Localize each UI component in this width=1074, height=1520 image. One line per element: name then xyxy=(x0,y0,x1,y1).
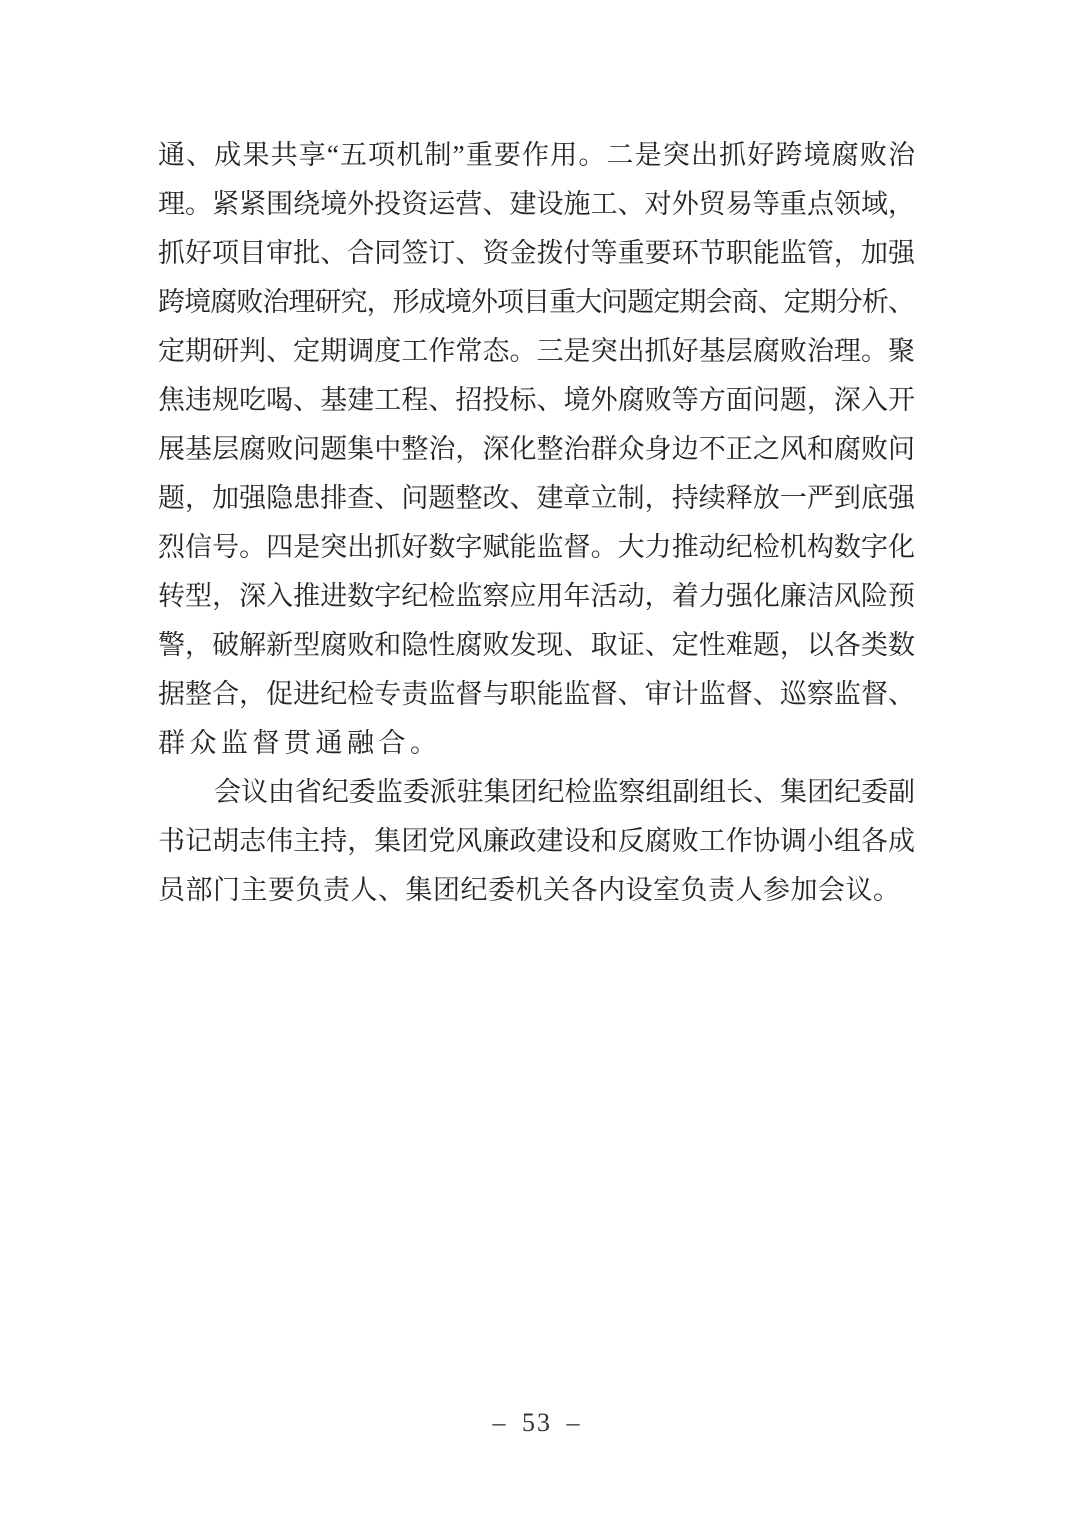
paragraph-1-line-12: 据整合，促进纪检专责监督与职能监督、审计监督、巡察监督、 xyxy=(158,670,914,719)
paragraph-1-line-3: 抓好项目审批、合同签订、资金拨付等重要环节职能监管，加强 xyxy=(158,229,914,278)
paragraph-1-line-7: 展基层腐败问题集中整治，深化整治群众身边不正之风和腐败问 xyxy=(158,425,914,474)
paragraph-1-line-2: 理。紧紧围绕境外投资运营、建设施工、对外贸易等重点领域， xyxy=(158,180,914,229)
page-number: – 53 – xyxy=(0,1408,1074,1438)
paragraph-1-line-11: 警，破解新型腐败和隐性腐败发现、取证、定性难题，以各类数 xyxy=(158,621,914,670)
body-text: 通、成果共享“五项机制”重要作用。二是突出抓好跨境腐败治 理。紧紧围绕境外投资运… xyxy=(158,131,914,915)
paragraph-1-line-8: 题，加强隐患排查、问题整改、建章立制，持续释放一严到底强 xyxy=(158,474,914,523)
paragraph-1-line-9: 烈信号。四是突出抓好数字赋能监督。大力推动纪检机构数字化 xyxy=(158,523,914,572)
paragraph-2-line-3: 员部门主要负责人、集团纪委机关各内设室负责人参加会议。 xyxy=(158,866,914,915)
paragraph-2-line-2: 书记胡志伟主持，集团党风廉政建设和反腐败工作协调小组各成 xyxy=(158,817,914,866)
document-page: 通、成果共享“五项机制”重要作用。二是突出抓好跨境腐败治 理。紧紧围绕境外投资运… xyxy=(0,0,1074,1520)
paragraph-1-line-10: 转型，深入推进数字纪检监察应用年活动，着力强化廉洁风险预 xyxy=(158,572,914,621)
paragraph-1-line-13: 群众监督贯通融合。 xyxy=(158,719,914,768)
paragraph-1-line-4: 跨境腐败治理研究，形成境外项目重大问题定期会商、定期分析、 xyxy=(158,278,914,327)
paragraph-1-line-6: 焦违规吃喝、基建工程、招投标、境外腐败等方面问题，深入开 xyxy=(158,376,914,425)
paragraph-1-line-5: 定期研判、定期调度工作常态。三是突出抓好基层腐败治理。聚 xyxy=(158,327,914,376)
paragraph-1-line-1: 通、成果共享“五项机制”重要作用。二是突出抓好跨境腐败治 xyxy=(158,131,914,180)
paragraph-2-line-1: 会议由省纪委监委派驻集团纪检监察组副组长、集团纪委副 xyxy=(158,768,914,817)
